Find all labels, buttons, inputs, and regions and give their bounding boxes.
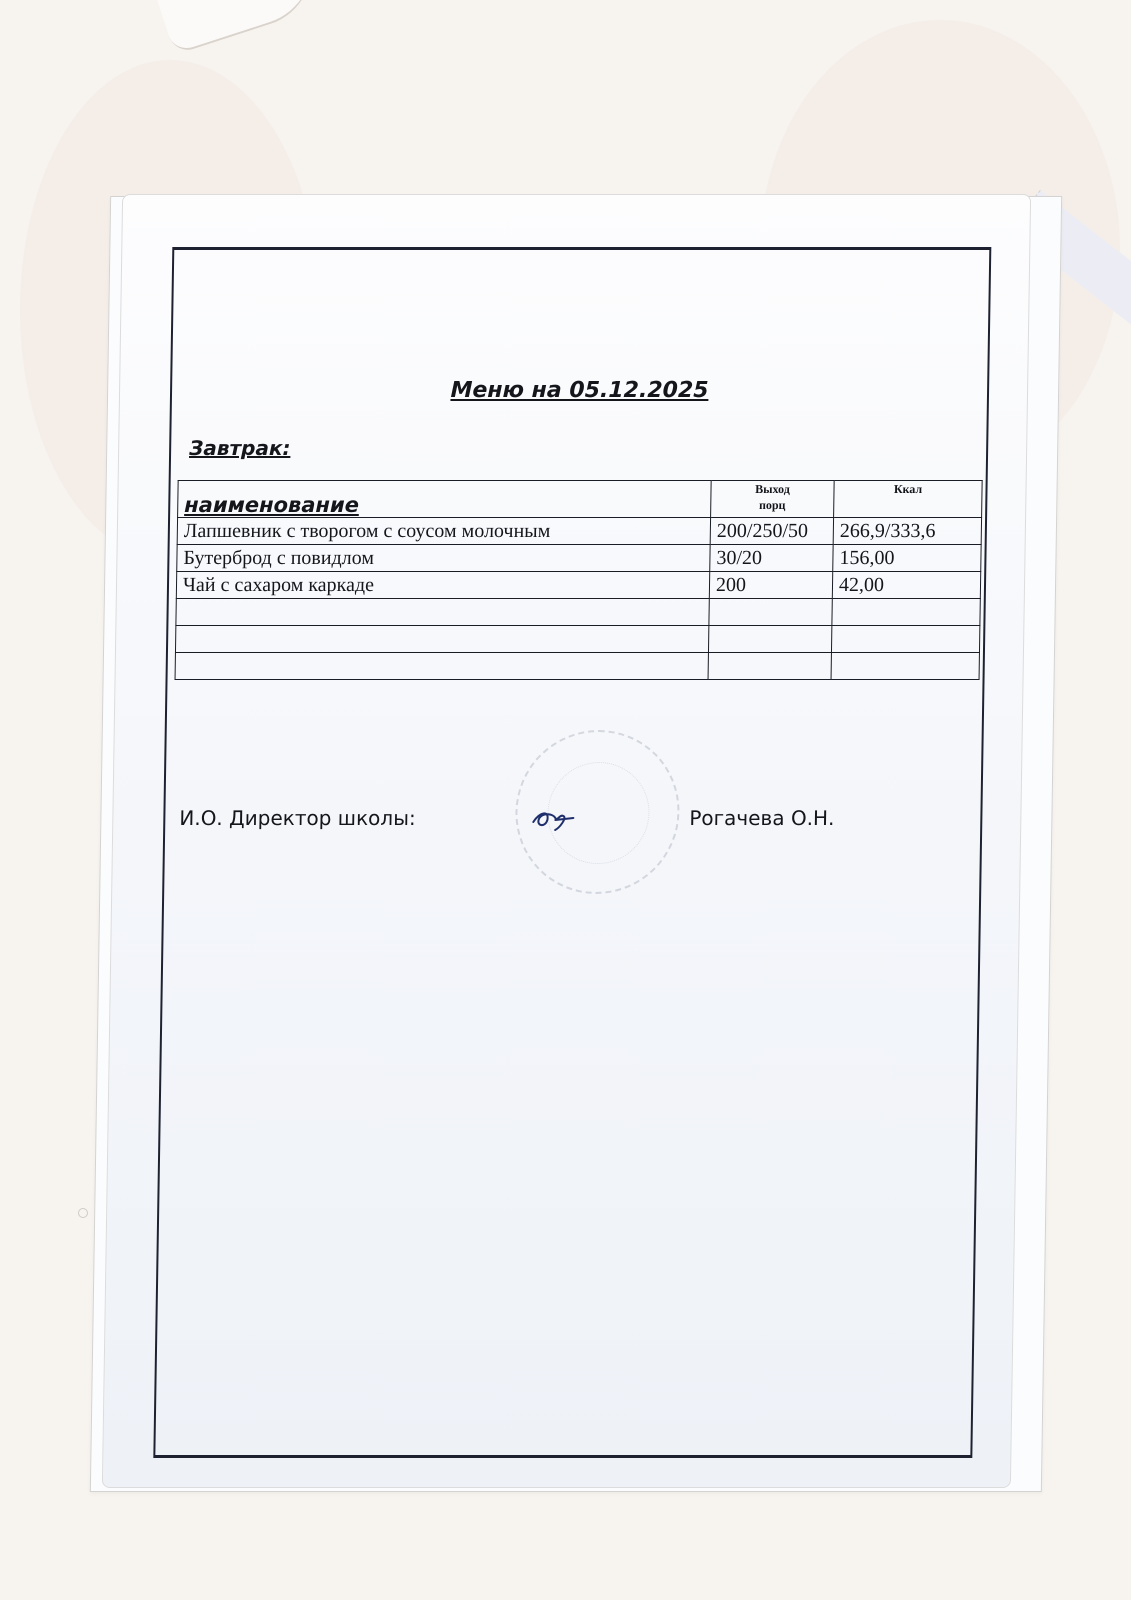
cell-output: 200/250/50 [710, 518, 833, 545]
table-row: Бутерброд с повидлом30/20156,00 [177, 545, 981, 572]
paper-tab-decoration [153, 0, 327, 55]
cell-kcal: 156,00 [833, 545, 981, 572]
cell-name [175, 653, 708, 680]
cell-name: Бутерброд с повидлом [177, 545, 710, 572]
cell-name: Лапшевник с творогом с соусом молочным [177, 518, 710, 545]
section-heading-breakfast: Завтрак: [189, 436, 291, 460]
cell-kcal [831, 653, 979, 680]
handwritten-signature-icon [529, 804, 589, 834]
header-output: Выход порц [711, 481, 835, 518]
header-output-line1: Выход [755, 482, 790, 496]
header-kcal: Ккал [834, 481, 983, 518]
signatory-title: И.О. Директор школы: [179, 806, 416, 830]
page-title: Меню на 05.12.2025 [172, 378, 987, 403]
table-header-row: наименование Выход порц Ккал [178, 481, 983, 518]
menu-table: наименование Выход порц Ккал Лапшевник с… [175, 480, 983, 680]
cell-output: 200 [709, 572, 832, 599]
pin-hole [78, 1208, 88, 1218]
signature-block: И.О. Директор школы: Рогачева О.Н. [179, 798, 960, 838]
cell-kcal [831, 626, 979, 653]
table-row: Чай с сахаром каркаде20042,00 [176, 572, 980, 599]
table-row [176, 599, 980, 626]
paper-sheet: Меню на 05.12.2025 Завтрак: наименование… [102, 194, 1031, 1488]
table-row: Лапшевник с творогом с соусом молочным20… [177, 518, 981, 545]
cell-output [708, 626, 831, 653]
cell-name [176, 599, 709, 626]
cell-name: Чай с сахаром каркаде [176, 572, 709, 599]
cell-output [708, 653, 831, 680]
cell-kcal: 42,00 [832, 572, 980, 599]
table-row [175, 653, 979, 680]
cell-kcal: 266,9/333,6 [833, 518, 981, 545]
header-output-line2: порц [759, 498, 786, 512]
document-frame: Меню на 05.12.2025 Завтрак: наименование… [153, 247, 991, 1458]
cell-name [175, 626, 708, 653]
header-name: наименование [178, 481, 712, 518]
cell-output [709, 599, 832, 626]
cell-kcal [832, 599, 980, 626]
signatory-name: Рогачева О.Н. [689, 806, 834, 830]
cell-output: 30/20 [710, 545, 833, 572]
table-row [175, 626, 979, 653]
